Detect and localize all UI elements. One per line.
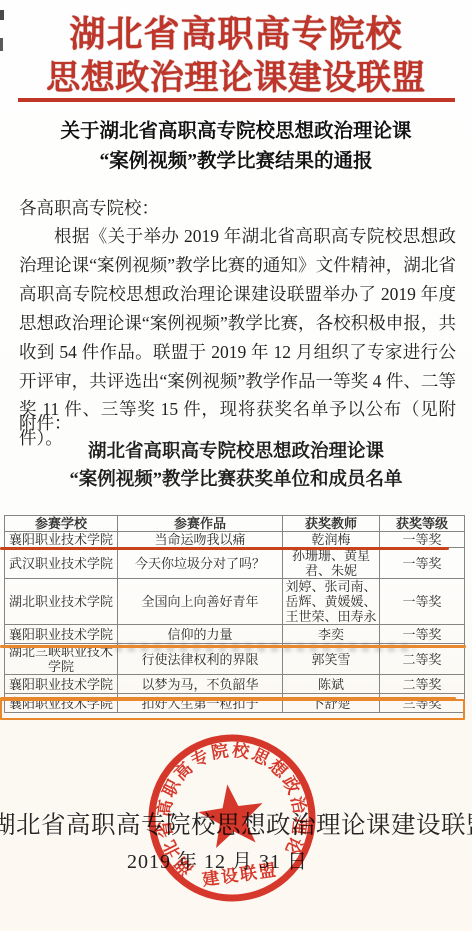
- cell-school: 湖北三峡职业技术学院: [5, 644, 118, 675]
- cell-work: 当命运吻我以痛: [118, 532, 283, 548]
- cell-work: 信仰的力量: [118, 625, 283, 644]
- column-header: 获奖教师: [283, 516, 380, 532]
- table-row: 襄阳职业技术学院以梦为马，不负韶华陈斌二等奖: [5, 675, 465, 694]
- cell-school: 襄阳职业技术学院: [5, 675, 118, 694]
- seal-star-icon: [195, 780, 268, 850]
- column-header: 获奖等级: [380, 516, 465, 532]
- body-paragraph: 根据《关于举办 2019 年湖北省高职高专院校思想政治理论课“案例视频”教学比赛…: [19, 222, 456, 453]
- document-title-line2: “案例视频”教学比赛结果的通报: [0, 145, 472, 173]
- table-row: 湖北职业技术学院全国向上向善好青年刘婷、张司南、岳辉、黄媛媛、王世荣、田寿永一等…: [5, 579, 465, 625]
- cell-work: 今天你垃圾分对了吗？: [118, 548, 283, 579]
- highlight-box-row7: [0, 699, 465, 720]
- highlight-underline-row4: [0, 645, 466, 648]
- attachment-title-line2: “案例视频”教学比赛获奖单位和成员名单: [0, 465, 472, 491]
- table-row: 襄阳职业技术学院信仰的力量李奕一等奖: [5, 625, 465, 644]
- cell-teachers: 刘婷、张司南、岳辉、黄媛媛、王世荣、田寿永: [283, 579, 380, 625]
- cell-work: 全国向上向善好青年: [118, 579, 283, 625]
- column-header: 参赛作品: [118, 516, 283, 532]
- attachment-title-line1: 湖北省高职高专院校思想政治理论课: [0, 437, 472, 463]
- red-divider: [18, 98, 455, 102]
- letterhead-line2: 思想政治理论课建设联盟: [0, 50, 472, 99]
- cell-teachers: 乾润梅: [283, 532, 380, 548]
- table-header-row: 参赛学校参赛作品获奖教师获奖等级: [5, 516, 465, 532]
- attachment-label: 附件：: [19, 410, 72, 435]
- cell-teachers: 孙珊珊、黄星君、朱妮: [283, 548, 380, 579]
- table-row: 武汉职业技术学院今天你垃圾分对了吗？孙珊珊、黄星君、朱妮一等奖: [5, 548, 465, 579]
- cell-award: 二等奖: [380, 675, 465, 694]
- highlight-underline-row1: [0, 547, 449, 550]
- seal-banner-text: 建设联盟: [201, 859, 279, 889]
- cell-school: 武汉职业技术学院: [5, 548, 118, 579]
- cell-award: 一等奖: [380, 625, 465, 644]
- cell-school: 襄阳职业技术学院: [5, 625, 118, 644]
- cell-teachers: 李奕: [283, 625, 380, 644]
- cell-award: 一等奖: [380, 548, 465, 579]
- document-title-line1: 关于湖北省高职高专院校思想政治理论课: [0, 115, 472, 143]
- cell-school: 湖北职业技术学院: [5, 579, 118, 625]
- table-row: 襄阳职业技术学院当命运吻我以痛乾润梅一等奖: [5, 532, 465, 548]
- cell-award: 一等奖: [380, 532, 465, 548]
- cell-teachers: 陈斌: [283, 675, 380, 694]
- cell-award: 一等奖: [380, 579, 465, 625]
- column-header: 参赛学校: [5, 516, 118, 532]
- official-seal: 湖北省高职高专院校思想政治理论课 建设联盟: [134, 720, 331, 917]
- document-page: 湖北省高职高专院校 思想政治理论课建设联盟 关于湖北省高职高专院校思想政治理论课…: [0, 0, 472, 931]
- cell-work: 以梦为马，不负韶华: [118, 675, 283, 694]
- cell-school: 襄阳职业技术学院: [5, 532, 118, 548]
- award-table: 参赛学校参赛作品获奖教师获奖等级 襄阳职业技术学院当命运吻我以痛乾润梅一等奖武汉…: [4, 515, 465, 713]
- salutation: 各高职高专院校：: [19, 195, 159, 220]
